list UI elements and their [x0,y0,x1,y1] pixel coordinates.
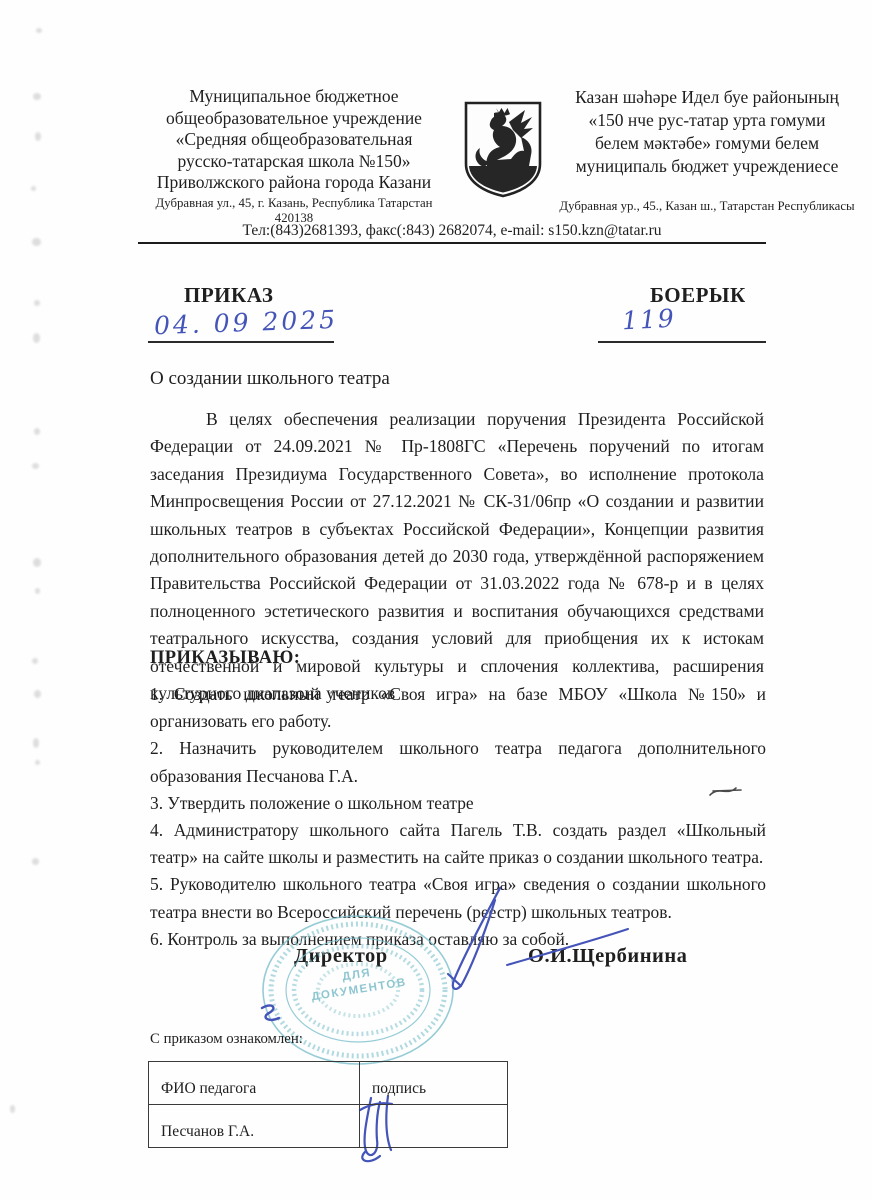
table-cell-teacher-name: Песчанов Г.А. [149,1105,360,1148]
handwritten-order-number: 119 [621,304,676,336]
school-name-tatar: Казан шәһәре Идел буе районының «150 нче… [548,86,866,178]
acknowledgement-table: ФИО педагога подпись Песчанов Г.А. [148,1061,508,1148]
order-subject: О создании школьного театра [150,368,390,390]
director-name: О.И.Щербинина [528,945,687,968]
order-word-russian: ПРИКАЗ [184,283,273,308]
acknowledgement-label: С приказом ознакомлен: [150,1031,303,1048]
table-row: Песчанов Г.А. [149,1105,508,1148]
decree-word: ПРИКАЗЫВАЮ: [150,648,300,669]
kazan-coat-of-arms-icon [463,100,543,198]
order-item-5: 5. Руководителю школьного театра «Своя и… [150,871,766,925]
table-cell-signature [360,1105,508,1148]
order-item-3: 3. Утвердить положение о школьном театре [150,790,766,817]
scanned-order-document: Муниципальное бюджетное общеобразователь… [0,0,872,1200]
order-item-2: 2. Назначить руководителем школьного теа… [150,735,766,789]
contact-line: Тел:(843)2681393, факс(:843) 2682074, e-… [140,222,764,240]
address-tatar: Дубравная ур., 45., Казан ш., Татарстан … [548,199,866,214]
date-underline [148,341,334,343]
order-item-1: 1. Создать школьный театр «Своя игра» на… [150,681,766,735]
order-items: 1. Создать школьный театр «Своя игра» на… [150,681,766,953]
order-item-4: 4. Администратору школьного сайта Пагель… [150,817,766,871]
school-name-russian: Муниципальное бюджетное общеобразователь… [140,86,448,194]
number-underline [598,341,766,343]
header-divider [138,242,766,244]
table-header-row: ФИО педагога подпись [149,1062,508,1105]
table-header-signature: подпись [360,1062,508,1105]
handwritten-date: 04. 09 2025 [154,305,339,340]
table-header-fio: ФИО педагога [149,1062,360,1105]
